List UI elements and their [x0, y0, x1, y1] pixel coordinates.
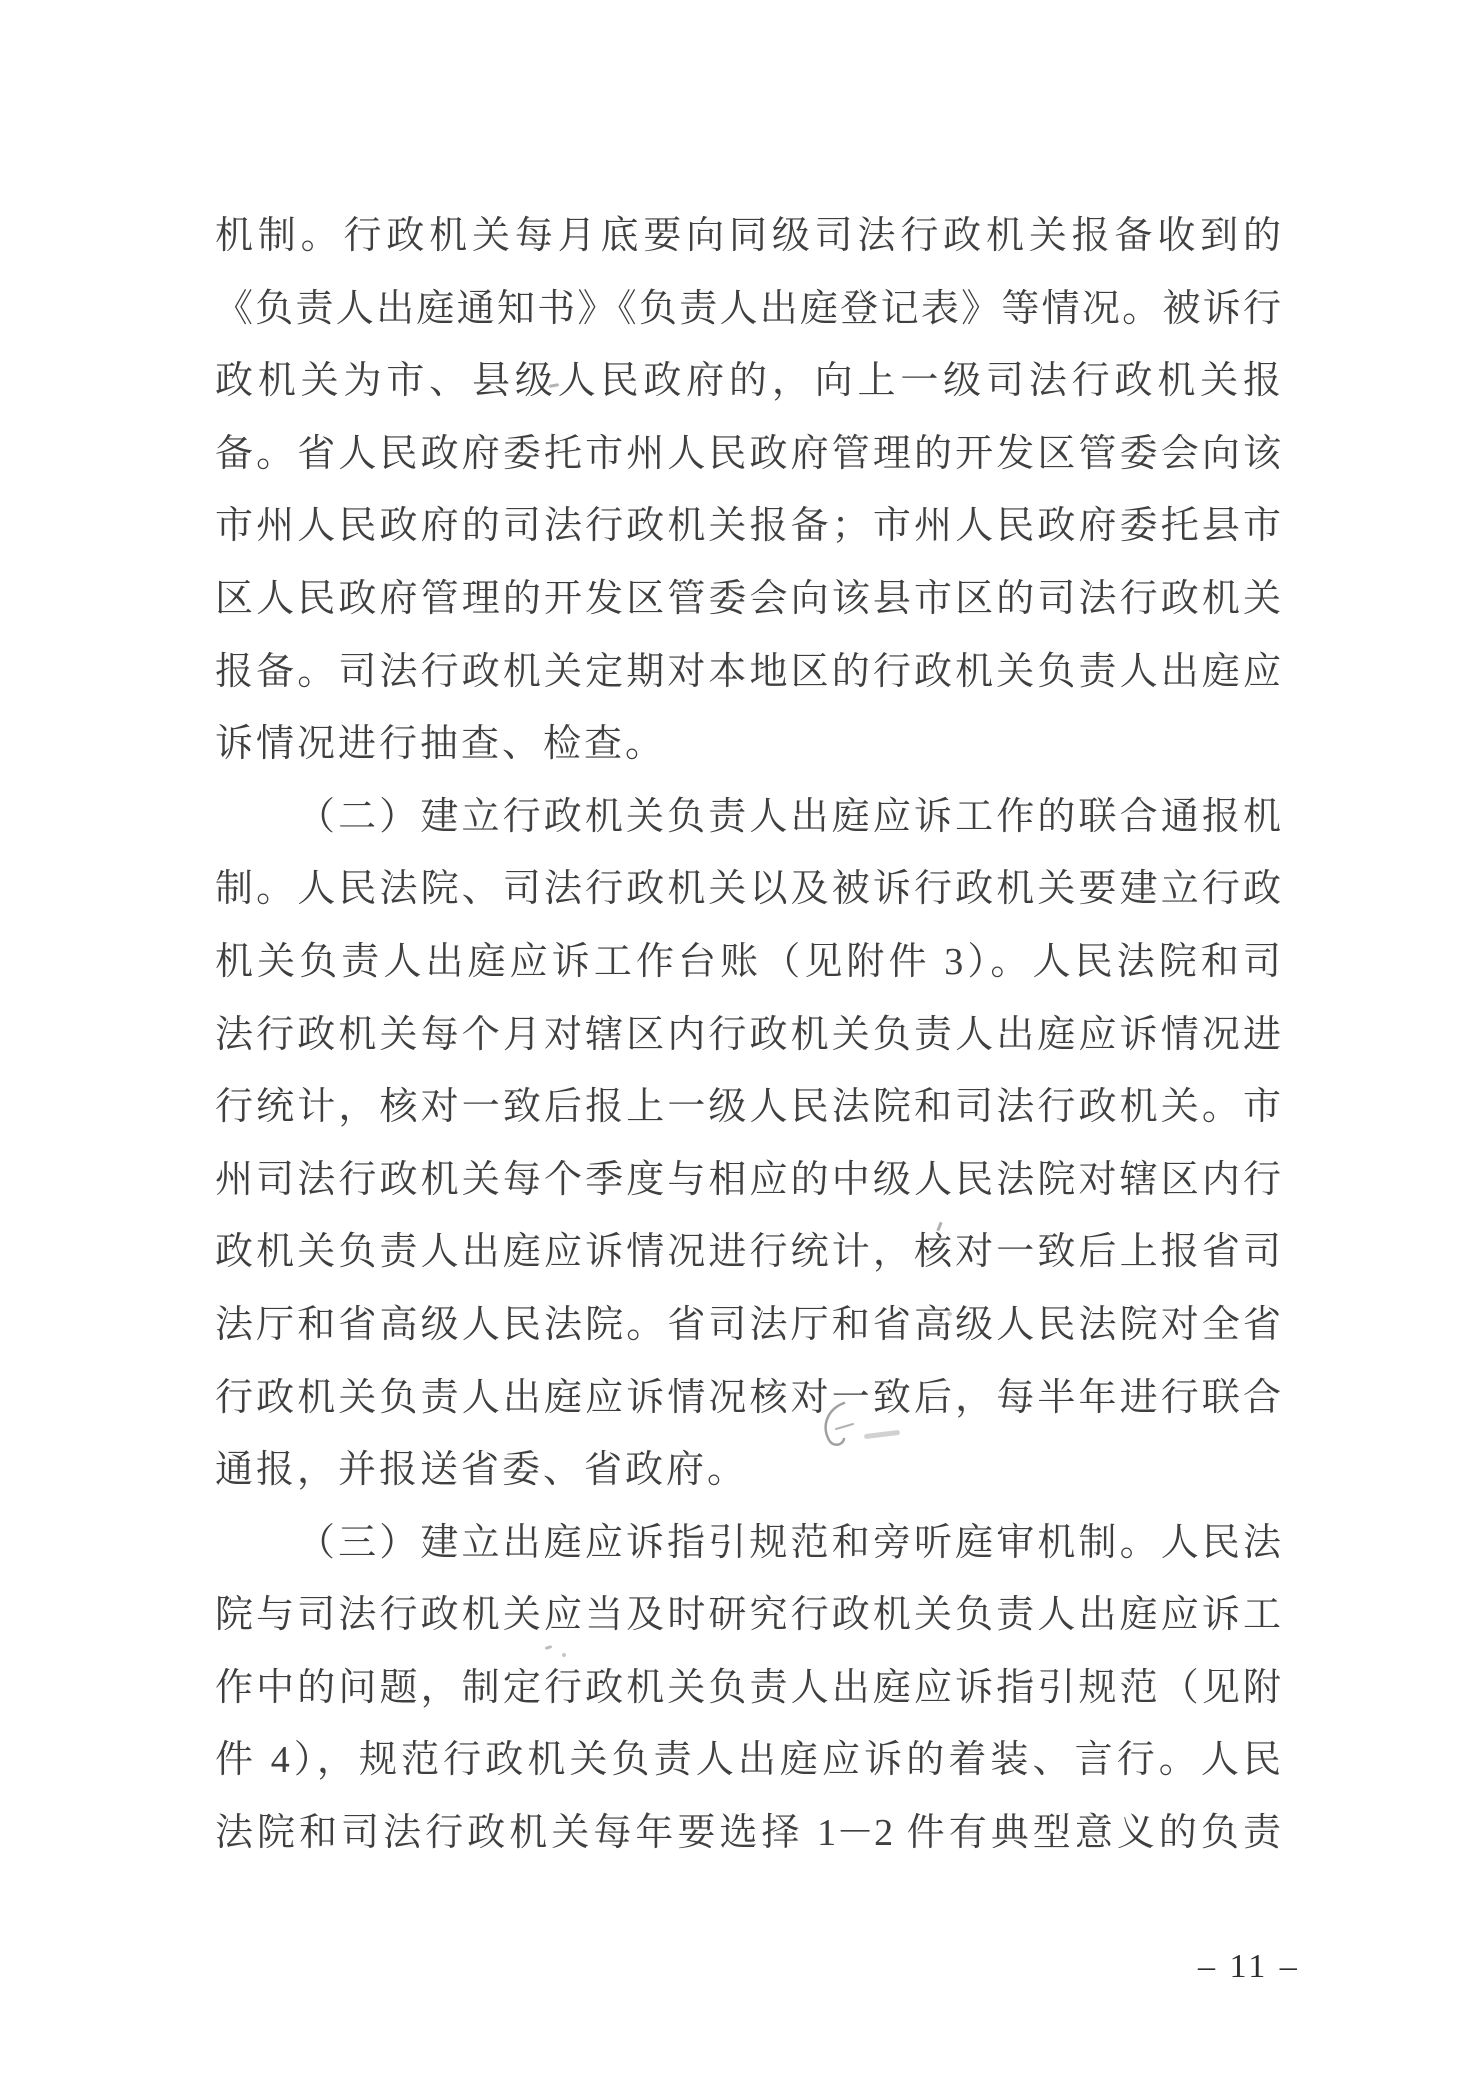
text-line: 区人民政府管理的开发区管委会向该县市区的司法行政机关 — [215, 563, 1281, 636]
text-line: 备。省人民政府委托市州人民政府管理的开发区管委会向该 — [215, 418, 1281, 491]
text-line: 机制。行政机关每月底要向同级司法行政机关报备收到的 — [215, 200, 1281, 273]
text-line: 报备。司法行政机关定期对本地区的行政机关负责人出庭应 — [215, 636, 1281, 709]
text-line: 机关负责人出庭应诉工作台账（见附件 3）。人民法院和司 — [215, 926, 1281, 999]
document-page: 机制。行政机关每月底要向同级司法行政机关报备收到的 《负责人出庭通知书》《负责人… — [0, 0, 1481, 2097]
text-line: 行政机关负责人出庭应诉情况核对一致后，每半年进行联合 — [215, 1362, 1281, 1435]
page-number: – 11 – — [1198, 1946, 1300, 1988]
text-line: 政机关负责人出庭应诉情况进行统计，核对一致后上报省司 — [215, 1216, 1281, 1289]
text-line: 制。人民法院、司法行政机关以及被诉行政机关要建立行政 — [215, 853, 1281, 926]
text-line: 州司法行政机关每个季度与相应的中级人民法院对辖区内行 — [215, 1144, 1281, 1217]
text-line-paragraph-start: （三）建立出庭应诉指引规范和旁听庭审机制。人民法 — [215, 1507, 1281, 1580]
text-line: 院与司法行政机关应当及时研究行政机关负责人出庭应诉工 — [215, 1579, 1281, 1652]
text-line: 行统计，核对一致后报上一级人民法院和司法行政机关。市 — [215, 1071, 1281, 1144]
text-line: 法厅和省高级人民法院。省司法厅和省高级人民法院对全省 — [215, 1289, 1281, 1362]
text-line: 法院和司法行政机关每年要选择 1－2 件有典型意义的负责 — [215, 1797, 1281, 1870]
document-body: 机制。行政机关每月底要向同级司法行政机关报备收到的 《负责人出庭通知书》《负责人… — [215, 200, 1281, 1870]
text-line: 《负责人出庭通知书》《负责人出庭登记表》等情况。被诉行 — [215, 273, 1281, 346]
text-line: 通报，并报送省委、省政府。 — [215, 1434, 1281, 1507]
text-line-paragraph-start: （二）建立行政机关负责人出庭应诉工作的联合通报机 — [215, 781, 1281, 854]
text-line: 市州人民政府的司法行政机关报备；市州人民政府委托县市 — [215, 490, 1281, 563]
text-line: 作中的问题，制定行政机关负责人出庭应诉指引规范（见附 — [215, 1652, 1281, 1725]
text-line: 法行政机关每个月对辖区内行政机关负责人出庭应诉情况进 — [215, 999, 1281, 1072]
text-line: 件 4），规范行政机关负责人出庭应诉的着装、言行。人民 — [215, 1724, 1281, 1797]
text-line: 诉情况进行抽查、检查。 — [215, 708, 1281, 781]
text-line: 政机关为市、县级人民政府的，向上一级司法行政机关报 — [215, 345, 1281, 418]
